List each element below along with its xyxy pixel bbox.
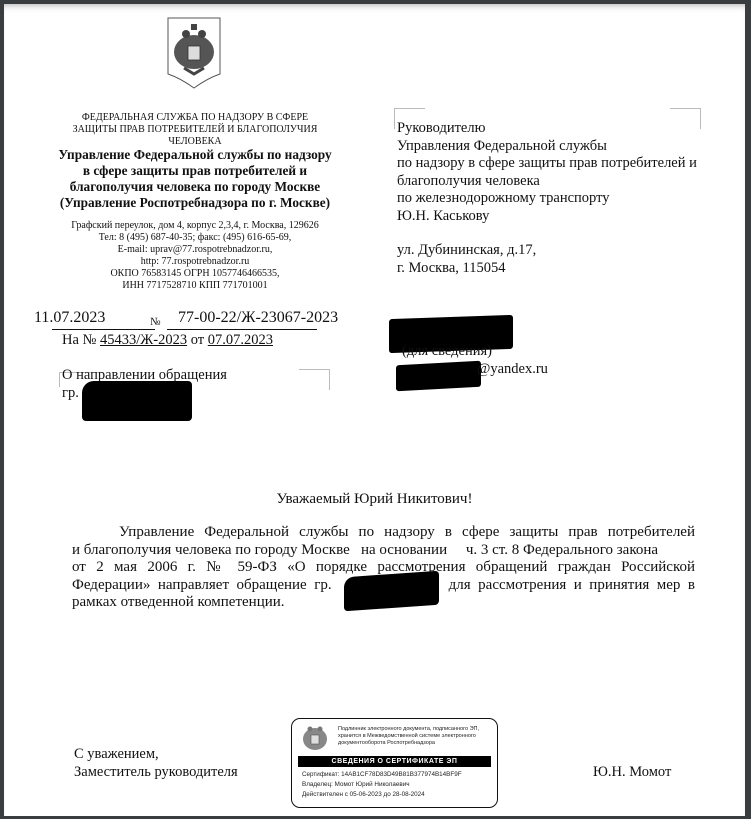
body-line: Управление Федеральной службы по надзору… [72, 524, 695, 542]
redacted-subject-name [82, 381, 192, 421]
salutation: Уважаемый Юрий Никитович! [4, 491, 745, 508]
contact-okpo-ogrn: ОКПО 76583145 ОГРН 1057746466535, [50, 268, 340, 280]
body-line-end: для рассмотрения и принятия мер в [449, 577, 695, 595]
contact-website[interactable]: http: 77.rospotrebnadzor.ru [50, 256, 340, 268]
closing: С уважением, [74, 746, 238, 764]
reply-reference: На № 45433/Ж-2023 от 07.07.2023 [62, 332, 273, 349]
coat-of-arms-icon [164, 16, 224, 90]
recipient-line: Руководителю [397, 120, 727, 138]
reply-prefix: На № [62, 332, 96, 348]
agency-caps-1: ФЕДЕРАЛЬНАЯ СЛУЖБА ПО НАДЗОРУ В СФЕРЕ [60, 112, 330, 124]
reply-from: от [191, 332, 204, 348]
stamp-certificate: Сертификат: 14AB1CF78D83D49B81B377974B14… [302, 771, 462, 778]
signer-name: Ю.Н. Момот [593, 764, 671, 782]
number-label: № [150, 316, 161, 328]
recipient-name: Ю.Н. Каськову [397, 208, 727, 226]
document-page: ФЕДЕРАЛЬНАЯ СЛУЖБА ПО НАДЗОРУ В СФЕРЕ ЗА… [4, 4, 745, 816]
body-line: и благополучия человека по городу Москве… [72, 542, 695, 560]
recipient-block: Руководителю Управления Федеральной служ… [397, 120, 727, 277]
number-underline [167, 329, 317, 330]
stamp-owner: Владелец: Момот Юрий Николаевич [302, 781, 410, 788]
recipient-line: по надзору в сфере защиты прав потребите… [397, 155, 727, 173]
department-line-1: Управление Федеральной службы по надзору [50, 147, 340, 163]
corner-mark [299, 369, 330, 390]
redacted-email-user [396, 361, 481, 391]
signature-block: С уважением, Заместитель руководителя [74, 746, 238, 781]
stamp-validity: Действителен с 05-06-2023 до 28-08-2024 [302, 791, 425, 798]
department-line-3: благополучия человека по городу Москве [50, 179, 340, 195]
contact-email[interactable]: E-mail: uprav@77.rospotrebnadzor.ru, [50, 244, 340, 256]
stamp-note: Подлинник электронного документа, подпис… [338, 726, 493, 747]
contact-inn-kpp: ИНН 7717528710 КПП 771701001 [50, 280, 340, 292]
recipient-street: ул. Дубининская, д.17, [397, 242, 727, 260]
contact-phone: Тел: 8 (495) 687-40-35; факс: (495) 616-… [50, 232, 340, 244]
department-line-2: в сфере защиты прав потребителей и [50, 163, 340, 179]
recipient-line: Управления Федеральной службы [397, 138, 727, 156]
recipient-city: г. Москва, 115054 [397, 260, 727, 278]
recipient-line: по железнодорожному транспорту [397, 190, 727, 208]
redacted-citizen-name [344, 571, 439, 612]
e-signature-stamp: Подлинник электронного документа, подпис… [291, 718, 498, 808]
copy-email[interactable]: @yandex.ru [477, 361, 548, 379]
contact-address: Графский переулок, дом 4, корпус 2,3,4, … [50, 220, 340, 232]
date-underline [52, 329, 155, 330]
coat-of-arms-icon [300, 723, 330, 753]
registration-date: 11.07.2023 [34, 309, 105, 327]
agency-caps-2: ЗАЩИТЫ ПРАВ ПОТРЕБИТЕЛЕЙ И БЛАГОПОЛУЧИЯ [60, 124, 330, 136]
copy-note: (для сведения) [402, 343, 492, 361]
reply-number: 45433/Ж-2023 [100, 332, 187, 348]
department-line-4: (Управление Роспотребнадзора по г. Москв… [50, 195, 340, 211]
registration-number: 77-00-22/Ж-23067-2023 [178, 309, 338, 327]
signer-position: Заместитель руководителя [74, 764, 238, 782]
reply-date: 07.07.2023 [208, 332, 273, 348]
recipient-line: благополучия человека [397, 173, 727, 191]
stamp-header: СВЕДЕНИЯ О СЕРТИФИКАТЕ ЭП [298, 756, 491, 767]
body-line-start: Федерации» направляет обращение гр. [72, 577, 332, 595]
